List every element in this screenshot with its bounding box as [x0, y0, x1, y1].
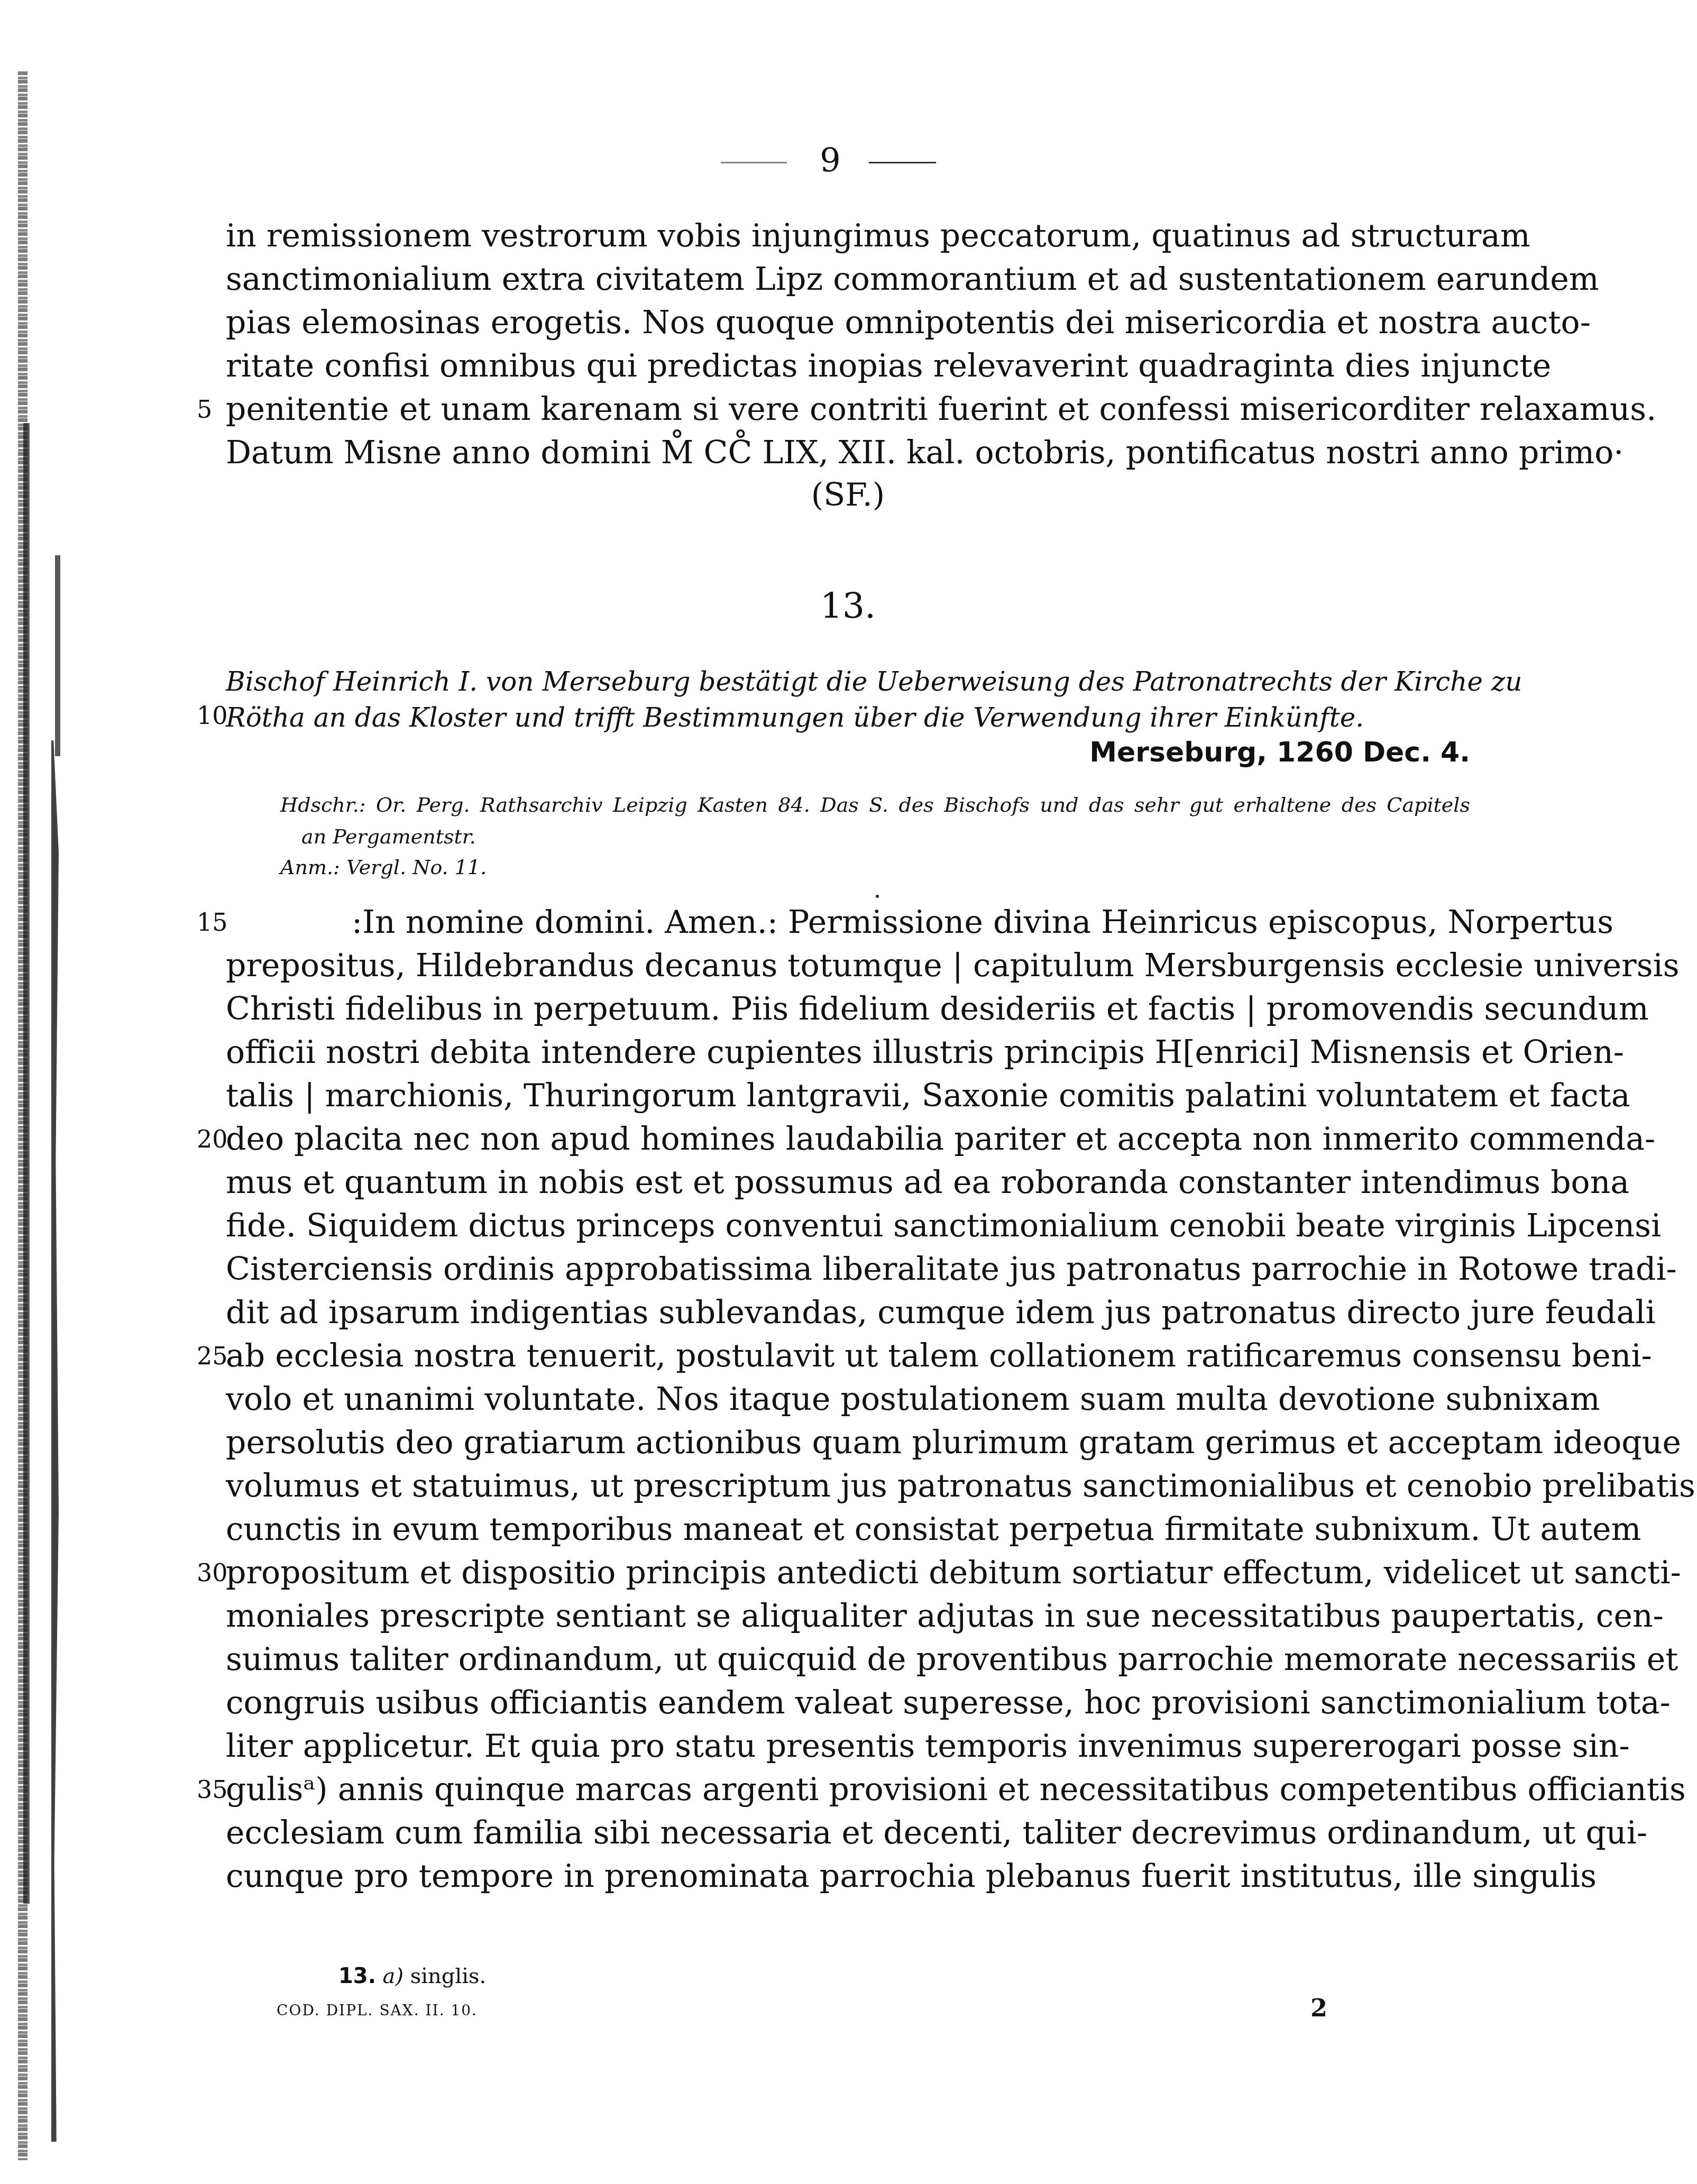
manuscript-note: Hdschr.: Or. Perg. Rathsarchiv Leipzig K…	[280, 791, 1470, 819]
text-line: penitentie et unam karenam si vere contr…	[226, 390, 1470, 428]
text-line: talis | marchionis, Thuringorum lantgrav…	[226, 1077, 1470, 1115]
text-line: sanctimonialium extra civitatem Lipz com…	[226, 260, 1470, 298]
text-line: cunque pro tempore in prenominata parroc…	[226, 1857, 1470, 1895]
sheet-signature: COD. DIPL. SAX. II. 10.	[277, 2000, 478, 2021]
text-line: propositum et dispositio principis anted…	[226, 1554, 1470, 1592]
text-line: persolutis deo gratiarum actionibus quam…	[226, 1424, 1470, 1462]
sheet-number: 2	[1310, 1995, 1327, 2021]
text-line: dit ad ipsarum indigentias sublevandas, …	[226, 1293, 1470, 1332]
binding-shadow	[55, 555, 60, 756]
header-rule-left	[721, 162, 787, 163]
text-line: liter applicetur. Et quia pro statu pres…	[226, 1727, 1470, 1765]
text-line: moniales prescripte sentiant se aliquali…	[226, 1597, 1470, 1635]
binding-shadow	[23, 423, 30, 1904]
regest-line: Bischof Heinrich I. von Merseburg bestät…	[226, 665, 1470, 698]
text-line: cunctis in evum temporibus maneat et con…	[226, 1510, 1470, 1548]
text-line: volo et unanimi voluntate. Nos itaque po…	[226, 1380, 1470, 1418]
header-rule-right	[869, 162, 936, 163]
line-number: 15	[197, 903, 223, 941]
line-number: 20	[197, 1120, 223, 1158]
text-line: gulisᵃ) annis quinque marcas argenti pro…	[226, 1770, 1470, 1809]
seal-note: (SF.)	[226, 476, 1470, 514]
regest-line: Rötha an das Kloster und trifft Bestimmu…	[226, 701, 1470, 734]
text-line: Christi fidelibus in perpetuum. Piis fid…	[226, 990, 1470, 1028]
line-number: 25	[197, 1337, 223, 1375]
line-number: 30	[197, 1554, 223, 1592]
binding-shadow	[51, 740, 59, 2142]
scan-speck	[876, 895, 879, 898]
footnote-doc-ref: 13.	[338, 1964, 376, 1988]
document-page: 9 in remissionem vestrorum vobis injungi…	[0, 0, 1697, 2184]
text-line: suimus taliter ordinandum, ut quicquid d…	[226, 1640, 1470, 1678]
line-number: 35	[197, 1770, 223, 1809]
text-line: in remissionem vestrorum vobis injungimu…	[226, 217, 1470, 255]
manuscript-note: an Pergamentstr.	[301, 823, 476, 850]
text-line: volumus et statuimus, ut prescriptum jus…	[226, 1467, 1470, 1505]
text-line: prepositus, Hildebrandus decanus totumqu…	[226, 947, 1470, 985]
page-number: 9	[814, 142, 846, 179]
document-number: 13.	[226, 587, 1470, 625]
footnote-marker: a)	[383, 1964, 403, 1988]
text-line: ecclesiam cum familia sibi necessaria et…	[226, 1814, 1470, 1852]
text-line: congruis usibus officiantis eandem valea…	[226, 1684, 1470, 1722]
text-line: fide. Siquidem dictus princeps conventui…	[226, 1207, 1470, 1245]
text-line: Cisterciensis ordinis approbatissima lib…	[226, 1250, 1470, 1288]
annotation-note: Anm.: Vergl. No. 11.	[280, 854, 487, 881]
text-line: :In nomine domini. Amen.: Permissione di…	[352, 903, 1470, 941]
text-line: deo placita nec non apud homines laudabi…	[226, 1120, 1470, 1158]
footnote-text: singlis.	[410, 1964, 487, 1988]
text-line: mus et quantum in nobis est et possumus …	[226, 1163, 1470, 1201]
line-number: 10	[197, 699, 223, 732]
text-line: ab ecclesia nostra tenuerit, postulavit …	[226, 1337, 1470, 1375]
text-line: officii nostri debita intendere cupiente…	[226, 1033, 1470, 1071]
text-line: ritate confisi omnibus qui predictas ino…	[226, 347, 1470, 385]
text-line: Datum Misne anno domini M̊ CC̊ LIX, XII.…	[226, 434, 1470, 472]
line-number: 5	[197, 390, 223, 428]
place-date: Merseburg, 1260 Dec. 4.	[1089, 736, 1470, 769]
text-line: pias elemosinas erogetis. Nos quoque omn…	[226, 304, 1470, 342]
footnote: 13. a) singlis.	[338, 1963, 486, 1989]
